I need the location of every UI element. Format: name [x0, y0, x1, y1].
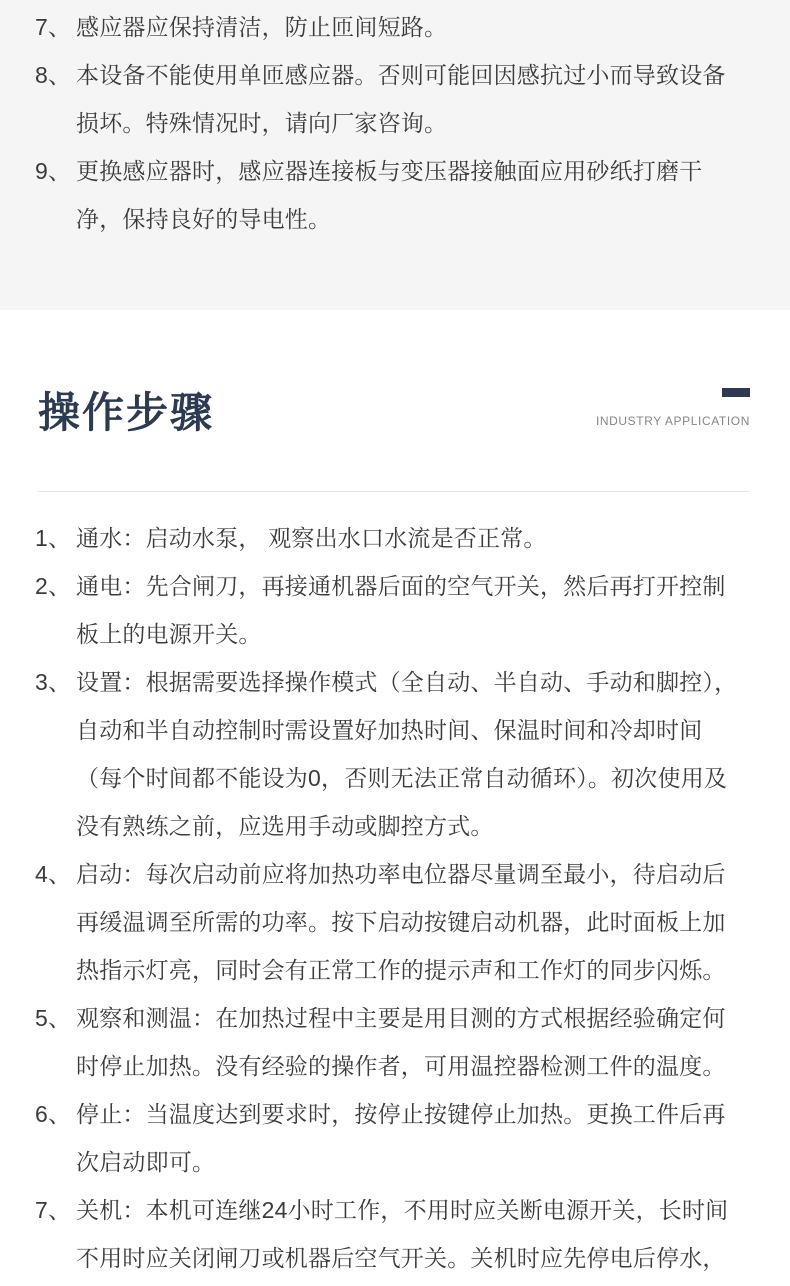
- list-item-text: 启动：每次启动前应将加热功率电位器尽量调至最小，待启动后再缓温调至所需的功率。按…: [76, 861, 726, 983]
- section-header: 操作步骤 INDUSTRY APPLICATION: [0, 310, 790, 444]
- list-item-number: 8、: [35, 51, 76, 99]
- list-item-text: 通电：先合闸刀，再接通机器后面的空气开关，然后再打开控制板上的电源开关。: [76, 573, 726, 647]
- section-title: 操作步骤: [38, 382, 214, 444]
- safety-note-item: 7、感应器应保持清洁，防止匝间短路。: [35, 3, 748, 51]
- safety-note-item: 9、更换感应器时，感应器连接板与变压器接触面应用砂纸打磨干净，保持良好的导电性。: [35, 147, 748, 243]
- list-item-number: 3、: [35, 658, 76, 706]
- accent-dash-icon: [722, 388, 750, 397]
- list-item-number: 2、: [35, 562, 76, 610]
- operation-steps-section: 操作步骤 INDUSTRY APPLICATION 1、通水：启动水泵， 观察出…: [0, 310, 790, 1282]
- list-item-number: 5、: [35, 994, 76, 1042]
- section-subtitle: INDUSTRY APPLICATION: [596, 414, 750, 428]
- list-item-number: 1、: [35, 514, 76, 562]
- list-item-number: 6、: [35, 1090, 76, 1138]
- section-header-right: INDUSTRY APPLICATION: [596, 382, 750, 444]
- operation-step-item: 6、停止：当温度达到要求时，按停止按键停止加热。更换工件后再次启动即可。: [35, 1090, 748, 1186]
- operation-steps-list: 1、通水：启动水泵， 观察出水口水流是否正常。 2、通电：先合闸刀，再接通机器后…: [0, 514, 790, 1282]
- list-item-text: 关机：本机可连继24小时工作，不用时应关断电源开关，长时间不用时应关闭闸刀或机器…: [76, 1197, 728, 1271]
- operation-step-item: 7、关机：本机可连继24小时工作，不用时应关断电源开关，长时间不用时应关闭闸刀或…: [35, 1186, 748, 1282]
- operation-step-item: 2、通电：先合闸刀，再接通机器后面的空气开关，然后再打开控制板上的电源开关。: [35, 562, 748, 658]
- list-item-text: 本设备不能使用单匝感应器。否则可能回因感抗过小而导致设备损坏。特殊情况时，请向厂…: [76, 62, 726, 136]
- safety-note-item: 8、本设备不能使用单匝感应器。否则可能回因感抗过小而导致设备损坏。特殊情况时，请…: [35, 51, 748, 147]
- operation-step-item: 5、观察和测温：在加热过程中主要是用目测的方式根据经验确定何时停止加热。没有经验…: [35, 994, 748, 1090]
- list-item-text: 感应器应保持清洁，防止匝间短路。: [76, 14, 447, 40]
- list-item-text: 设置：根据需要选择操作模式（全自动、半自动、手动和脚控），自动和半自动控制时需设…: [76, 669, 737, 839]
- operation-step-item: 4、启动：每次启动前应将加热功率电位器尽量调至最小，待启动后再缓温调至所需的功率…: [35, 850, 748, 994]
- operation-step-item: 3、设置：根据需要选择操作模式（全自动、半自动、手动和脚控），自动和半自动控制时…: [35, 658, 748, 850]
- list-item-text: 更换感应器时，感应器连接板与变压器接触面应用砂纸打磨干净，保持良好的导电性。: [76, 158, 702, 232]
- section-divider: [38, 491, 750, 492]
- list-item-number: 7、: [35, 1186, 76, 1234]
- operation-step-item: 1、通水：启动水泵， 观察出水口水流是否正常。: [35, 514, 748, 562]
- list-item-number: 4、: [35, 850, 76, 898]
- safety-notes-list: 7、感应器应保持清洁，防止匝间短路。 8、本设备不能使用单匝感应器。否则可能回因…: [35, 3, 748, 243]
- list-item-text: 观察和测温：在加热过程中主要是用目测的方式根据经验确定何时停止加热。没有经验的操…: [76, 1005, 726, 1079]
- list-item-number: 7、: [35, 3, 76, 51]
- manual-page: 7、感应器应保持清洁，防止匝间短路。 8、本设备不能使用单匝感应器。否则可能回因…: [0, 0, 790, 1286]
- list-item-number: 9、: [35, 147, 76, 195]
- list-item-text: 停止：当温度达到要求时，按停止按键停止加热。更换工件后再次启动即可。: [76, 1101, 726, 1175]
- list-item-text: 通水：启动水泵， 观察出水口水流是否正常。: [76, 525, 547, 551]
- safety-notes-section: 7、感应器应保持清洁，防止匝间短路。 8、本设备不能使用单匝感应器。否则可能回因…: [0, 0, 790, 310]
